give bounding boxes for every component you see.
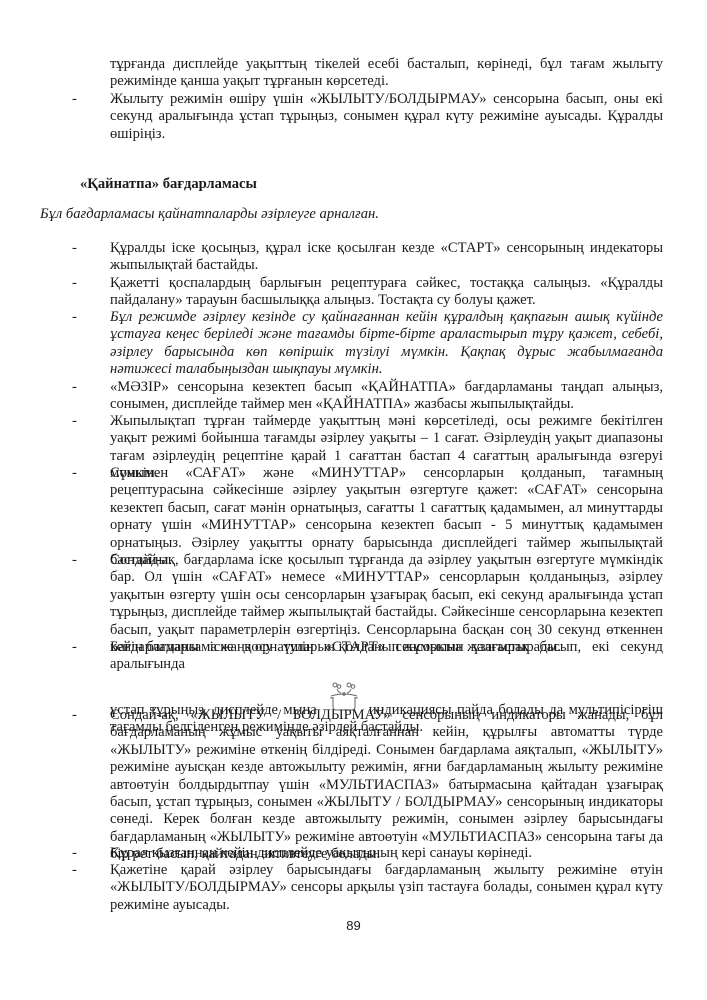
list-item: - Сондай-ақ, «ЖЫЛЫТУ / БОЛДЫРМАУ» сенсор… [72,707,663,864]
document-page: тұрғанда дисплейде уақыттың тікелей есеб… [0,0,707,1000]
continuation-paragraph: тұрғанда дисплейде уақыттың тікелей есеб… [110,56,663,91]
list-dash: - [72,465,92,482]
paragraph-text: тұрғанда дисплейде уақыттың тікелей есеб… [110,56,663,89]
list-item-text: Сондай-ақ, «ЖЫЛЫТУ / БОЛДЫРМАУ» сенсорын… [110,707,663,864]
list-item-text-line1: Бағдарламаны іске қосу үшін «СТАРТ» сенс… [110,639,663,674]
list-dash: - [72,91,92,108]
list-item-italic-note: - Бұл режимде әзірлеу кезінде су қайнаға… [72,309,663,379]
list-dash: - [72,275,92,292]
list-item: - Қажетіне қарай әзірлеу барысындағы бағ… [72,862,663,914]
section-heading: «Қайнатпа» бағдарламасы [80,176,257,193]
list-item: - Құралды іске қосыңыз, құрал іске қосыл… [72,240,663,275]
list-item-text: Бұл режимде әзірлеу кезінде су қайнағанн… [110,309,663,379]
list-item-text: Құрал қызғаннан кейін дисплейде уақытыны… [110,845,663,862]
list-dash: - [72,707,92,724]
list-item: - Құрал қызғаннан кейін дисплейде уақыты… [72,845,663,862]
list-dash: - [72,552,92,569]
list-dash: - [72,862,92,879]
list-item: - Қажетті қоспалардың барлығын рецептура… [72,275,663,310]
list-dash: - [72,240,92,257]
list-dash: - [72,379,92,396]
list-dash: - [72,639,92,656]
list-dash: - [72,309,92,326]
list-dash: - [72,845,92,862]
list-item-text: Қажетті қоспалардың барлығын рецептураға… [110,275,663,310]
list-item: - Жылыту режимін өшіру үшін «ЖЫЛЫТУ/БОЛД… [72,91,663,143]
page-number: 89 [0,917,707,934]
section-intro: Бұл бағдарламасы қайнатпаларды әзірлеуге… [40,206,379,223]
list-item-text: Құралды іске қосыңыз, құрал іске қосылға… [110,240,663,275]
list-item-text: Жылыту режимін өшіру үшін «ЖЫЛЫТУ/БОЛДЫР… [110,91,663,143]
list-item-text: Қажетіне қарай әзірлеу барысындағы бағда… [110,862,663,914]
list-item-text: «МӘЗІР» сенсорына кезектеп басып «ҚАЙНАТ… [110,379,663,414]
list-item: - «МӘЗІР» сенсорына кезектеп басып «ҚАЙН… [72,379,663,414]
list-dash: - [72,413,92,430]
